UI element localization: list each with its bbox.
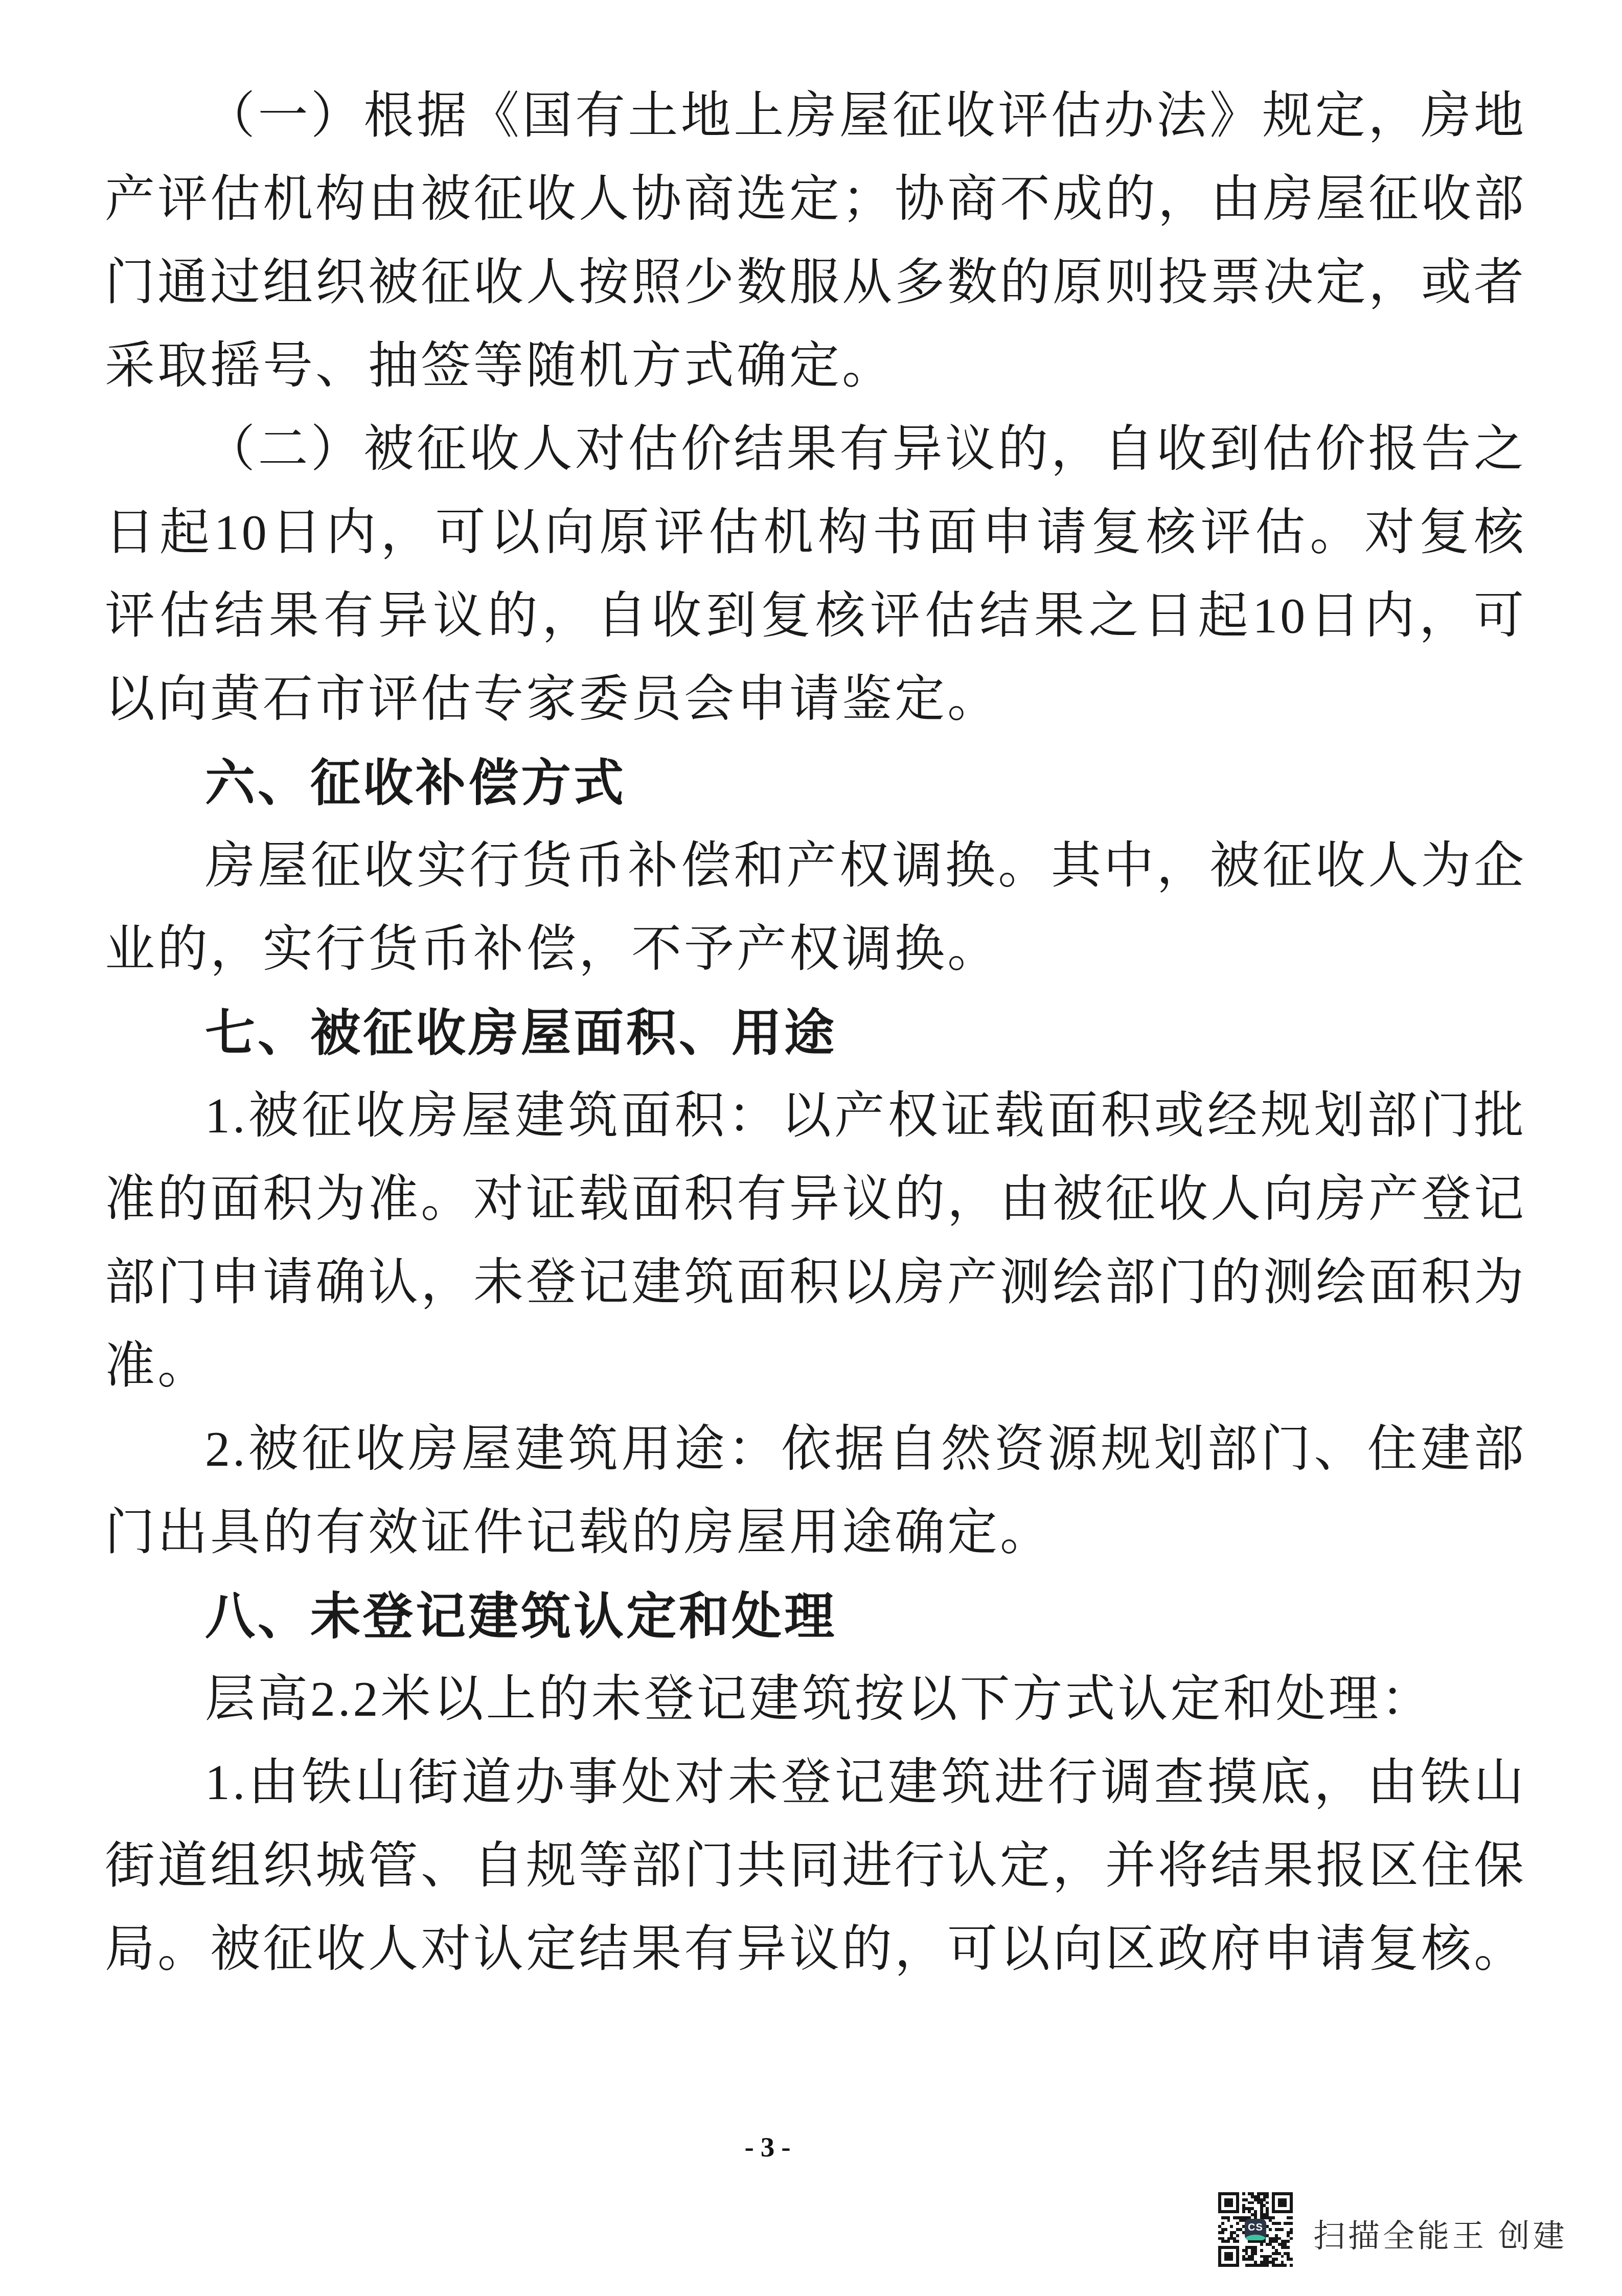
camscanner-logo-accent [1245,2235,1266,2240]
scanner-watermark-label: 扫描全能王 创建 [1313,2211,1568,2256]
section-heading: 八、未登记建筑认定和处理 [105,1575,1526,1658]
paragraph: 1.由铁山街道办事处对未登记建筑进行调查摸底，由铁山街道组织城管、自规等部门共同… [105,1741,1526,1991]
paragraph: 层高2.2米以上的未登记建筑按以下方式认定和处理： [105,1658,1526,1741]
document-page: （一）根据《国有土地上房屋征收评估办法》规定，房地产评估机构由被征收人协商选定；… [0,0,1622,2296]
section-heading: 六、征收补偿方式 [105,741,1526,825]
paragraph: 2.被征收房屋建筑用途：依据自然资源规划部门、住建部门出具的有效证件记载的房屋用… [105,1408,1526,1575]
paragraph: （一）根据《国有土地上房屋征收评估办法》规定，房地产评估机构由被征收人协商选定；… [105,75,1526,408]
qr-code-icon: CS [1218,2192,1293,2267]
document-body: （一）根据《国有土地上房屋征收评估办法》规定，房地产评估机构由被征收人协商选定；… [105,75,1526,1991]
camscanner-logo-text: CS [1248,2222,1263,2234]
paragraph: 房屋征收实行货币补偿和产权调换。其中，被征收人为企业的，实行货币补偿，不予产权调… [105,825,1526,991]
section-heading: 七、被征收房屋面积、用途 [105,991,1526,1075]
scanner-watermark: CS 扫描全能王 创建 [1218,2192,1568,2267]
paragraph: 1.被征收房屋建筑面积：以产权证载面积或经规划部门批准的面积为准。对证载面积有异… [105,1075,1526,1408]
paragraph: （二）被征收人对估价结果有异议的，自收到估价报告之日起10日内，可以向原评估机构… [105,408,1526,741]
camscanner-logo-icon: CS [1245,2219,1266,2240]
page-number: -3- [720,2131,822,2163]
